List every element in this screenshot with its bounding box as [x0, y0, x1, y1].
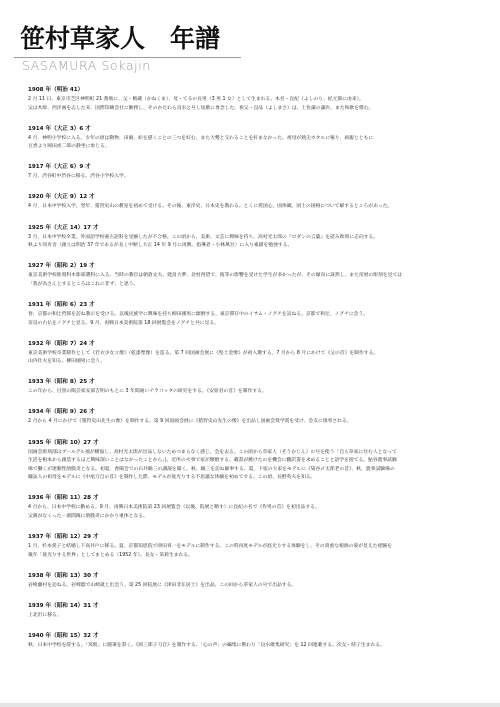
entry-body: 上北沢に移る。	[28, 612, 488, 621]
entry-year-heading: 1925 年（大正 14）17 才	[28, 224, 488, 232]
entry-body: 7 月、渋谷町中渋谷に移る。渋谷小学校入学。	[28, 173, 488, 182]
chronology-entry: 1934 年（昭和 9）26 才2 月から 4 月にかけて《猪狩史山先生の像》を…	[28, 408, 488, 427]
chronology-entry: 1927 年（昭和 2）19 才東京美術学校彫刻科木彫部選科に入る。当時の教官は…	[28, 262, 488, 289]
document-page: 笹村草家人 年譜 SASAMURA Sokajin 1908 年（明治 41）2…	[0, 0, 500, 703]
entry-text-line: 父親がなくった一週間後に肋膜炎にかかり重体となる。	[28, 513, 488, 522]
entry-text-line: 2 月 11 日、東京市芝区神明町 21 番地に、父・槙蔵（かねくま）、母・てる…	[28, 96, 488, 105]
chronology-entry: 1938 年（昭和 13）30 才岩崎藤村を訪ねる。岩崎邸で山崎就と出会う。第 …	[28, 572, 488, 591]
chronology-entry: 1933 年（昭和 8）25 才この年から、目黒の陶芸家安部吉明のもとに 3 年…	[28, 378, 488, 397]
entry-body: 4 月、神明小学校に入る。少年の頃は動物、田園、絵を描くことの三つを好む、また大…	[28, 135, 488, 152]
chronology-entry: 1937 年（昭和 12）29 才1 月、杉本愛子と結婚し下高井戸に移る。夏、京…	[28, 533, 488, 560]
chronology-entry: 1940 年（昭和 15）32 才秋、日本中学校を辞する。「冥飢」に随筆を書く。…	[28, 632, 488, 651]
entry-body: 4 月から、日本中学校に勤める。9 月、再興日本美術院第 23 回展覧会（以後、…	[28, 504, 488, 521]
chronology-list: 1908 年（明治 41）2 月 11 日、東京市芝区神明町 21 番地に、父・…	[28, 86, 488, 662]
chronology-entry: 1931 年（昭和 6）23 才春、京都の和辻哲郎を訪ね教示を受ける。以後民族学…	[28, 301, 488, 328]
entry-text-line: 2 月から 4 月にかけて《猪狩史山先生の像》を制作する。第 9 回国画会展に《…	[28, 418, 488, 427]
entry-text-line: 4 月から、日本中学校に勤める。9 月、再興日本美術院第 23 回展覧会（以後、…	[28, 504, 488, 513]
entry-year-heading: 1938 年（昭和 13）30 才	[28, 572, 488, 580]
page-title: 笹村草家人 年譜	[20, 24, 220, 54]
entry-year-heading: 1936 年（昭和 11）28 才	[28, 494, 488, 502]
entry-text-line: 豆香より岡田虎二郎の静坐に参じる。	[28, 143, 488, 152]
entry-text-line: 東京美術学校卒業制作として《若衣少女立像》（乾漆塑像）を造る。第 7 回国画会展…	[28, 350, 488, 359]
entry-year-heading: 1927 年（昭和 2）19 才	[28, 262, 488, 270]
entry-text-line: 4 月、神明小学校に入る。少年の頃は動物、田園、絵を描くことの三つを好む、また大…	[28, 135, 488, 144]
entry-year-heading: 1940 年（昭和 15）32 才	[28, 632, 488, 640]
entry-year-heading: 1932 年（昭和 7）24 才	[28, 340, 488, 348]
entry-body: 東京美術学校卒業制作として《若衣少女立像》（乾漆塑像）を造る。第 7 回国画会展…	[28, 350, 488, 367]
entry-body: 国画会彫刻部はブールデル風が横溢し、高村光太郎が出品しないためつまらなく感じ、会…	[28, 449, 488, 483]
entry-body: 3 月、日本中学校卒業。外国語学校蒙古語科を受験したが不合格。この頃から、美術、…	[28, 234, 488, 251]
entry-year-heading: 1937 年（昭和 12）29 才	[28, 533, 488, 541]
entry-year-heading: 1920 年（大正 9）12 才	[28, 193, 488, 201]
entry-text-line: 生活を根本から創造するほど興味深いことはなかったことから」)。近所の火事で家が類…	[28, 457, 488, 466]
entry-body: 春、京都の和辻哲郎を訪ね教示を受ける。以後民族学に興味を持ち柳田國男に傾倒する。…	[28, 311, 488, 328]
chronology-entry: 1908 年（明治 41）2 月 11 日、東京市芝区神明町 21 番地に、父・…	[28, 86, 488, 113]
entry-text-line: 父は木彫、西洋画を志した末、国際印刷会社に勤務し、そのかたわら良水と号し短歌に専…	[28, 105, 488, 114]
entry-body: 4 月、日本中学校入学。翌年、猪狩史山の教室を初めて受ける。その後、東洋史、日本…	[28, 203, 488, 212]
entry-text-line: 3 月、日本中学校卒業。外国語学校蒙古語科を受験したが不合格。この頃から、美術、…	[28, 234, 488, 243]
entry-year-heading: 1914 年（大正 3）6 才	[28, 125, 488, 133]
entry-body: 岩崎藤村を訪ねる。岩崎邸で山崎就と出会う。第 25 回院展に《津田非仏居士》を出…	[28, 582, 488, 591]
entry-text-line: 岩崎藤村を訪ねる。岩崎邸で山崎就と出会う。第 25 回院展に《津田非仏居士》を出…	[28, 582, 488, 591]
entry-text-line: 国画会彫刻部はブールデル風が横溢し、高村光太郎が出品しないためつまらなく感じ、会…	[28, 449, 488, 458]
entry-body: 2 月から 4 月にかけて《猪狩史山先生の像》を制作する。第 9 回国画会展に《…	[28, 418, 488, 427]
chronology-entry: 1920 年（大正 9）12 才4 月、日本中学校入学。翌年、猪狩史山の教室を初…	[28, 193, 488, 212]
chronology-entry: 1939 年（昭和 14）31 才上北沢に移る。	[28, 602, 488, 621]
entry-year-heading: 1931 年（昭和 6）23 才	[28, 301, 488, 309]
entry-text-line: この年から、目黒の陶芸家安部吉明のもとに 3 年間通いテラコッタの研究をする。《…	[28, 388, 488, 397]
entry-year-heading: 1908 年（明治 41）	[28, 86, 488, 94]
entry-text-line: 4 月、日本中学校入学。翌年、猪狩史山の教室を初めて受ける。その後、東洋史、日本…	[28, 203, 488, 212]
entry-text-line: 後年「底光りする世界」としてまとめる（1952 年）。長女・茉莉生まれる。	[28, 552, 488, 561]
entry-text-line: 「我が為さんとするところはこれに非ず」と思う。	[28, 281, 488, 290]
entry-year-heading: 1917 年（大正 6）9 才	[28, 163, 488, 171]
entry-year-heading: 1939 年（昭和 14）31 才	[28, 602, 488, 610]
entry-body: 2 月 11 日、東京市芝区神明町 21 番地に、父・槙蔵（かねくま）、母・てる…	[28, 96, 488, 113]
entry-text-line: 春、京都の和辻哲郎を訪ね教示を受ける。以後民族学に興味を持ち柳田國男に傾倒する。…	[28, 311, 488, 320]
chronology-entry: 1914 年（大正 3）6 才4 月、神明小学校に入る。少年の頃は動物、田園、絵…	[28, 125, 488, 152]
entry-year-heading: 1933 年（昭和 8）25 才	[28, 378, 488, 386]
entry-year-heading: 1935 年（昭和 10）27 才	[28, 439, 488, 447]
entry-year-heading: 1934 年（昭和 9）26 才	[28, 408, 488, 416]
entry-body: 東京美術学校彫刻科木彫部選科に入る。当時の教官は朝倉文夫、建畠大夢、北村西望で、…	[28, 272, 488, 289]
entry-text-line: 傭証人の祖母をモデルに《中尾刀自の首》を制作した際、モデルが底光りする不思議な体…	[28, 474, 488, 483]
entry-text-line: 奈良の古仏をノグチと見る。9 月、再興日本美術院第 18 回展覧会をノグチと共に…	[28, 320, 488, 329]
entry-text-line: 東京美術学校彫刻科木彫部選科に入る。当時の教官は朝倉文夫、建畠大夢、北村西望で、…	[28, 272, 488, 281]
entry-text-line: 秋、日本中学校を辞する。「冥飢」に随筆を書く。《岡三郎子刀自》を制作する。「心の…	[28, 642, 488, 651]
entry-text-line: 上北沢に移る。	[28, 612, 488, 621]
entry-body: 秋、日本中学校を辞する。「冥飢」に随筆を書く。《岡三郎子刀自》を制作する。「心の…	[28, 642, 488, 651]
entry-text-line: 1 月、杉本愛子と結婚し下高井戸に移る。夏、京都知恩院で津田青一をモデルに制作す…	[28, 543, 488, 552]
entry-body: 1 月、杉本愛子と結婚し下高井戸に移る。夏、京都知恩院で津田青一をモデルに制作す…	[28, 543, 488, 560]
entry-text-line: 7 月、渋谷町中渋谷に移る。渋谷小学校入学。	[28, 173, 488, 182]
page-subtitle: SASAMURA Sokajin	[22, 58, 151, 74]
entry-text-line: 山内壮夫を知る。柳田國男に会う。	[28, 358, 488, 367]
page-bottom-edge	[0, 703, 500, 707]
chronology-entry: 1917 年（大正 6）9 才7 月、渋谷町中渋谷に移る。渋谷小学校入学。	[28, 163, 488, 182]
chronology-entry: 1936 年（昭和 11）28 才4 月から、日本中学校に勤める。9 月、再興日…	[28, 494, 488, 521]
entry-body: この年から、目黒の陶芸家安部吉明のもとに 3 年間通いテラコッタの研究をする。《…	[28, 388, 488, 397]
entry-text-line: 秋より同舟舎（創立は明治 37 年であるが長く中断し大正 14 年 9 月に再興…	[28, 242, 488, 251]
chronology-entry: 1925 年（大正 14）17 才3 月、日本中学校卒業。外国語学校蒙古語科を受…	[28, 224, 488, 251]
chronology-entry: 1935 年（昭和 10）27 才国画会彫刻部はブールデル風が横溢し、高村光太郎…	[28, 439, 488, 483]
entry-text-line: 場で働くが迷動性肋膜炎となる。初夏、香陽会での石井鶴三の講演を聞く。秋、鶴三を訪…	[28, 466, 488, 475]
chronology-entry: 1932 年（昭和 7）24 才東京美術学校卒業制作として《若衣少女立像》（乾漆…	[28, 340, 488, 367]
